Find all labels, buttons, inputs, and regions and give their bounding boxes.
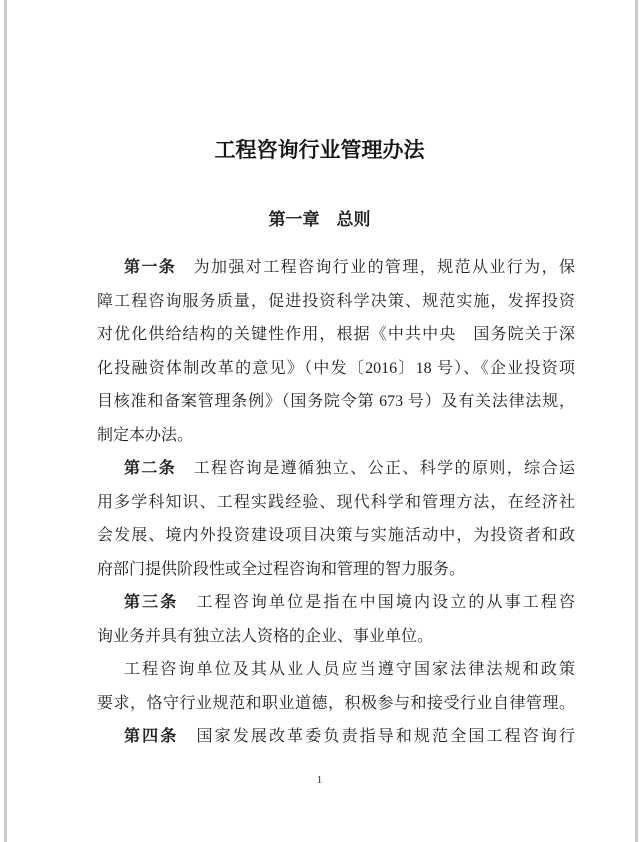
scan-edge-right [635,0,638,842]
line-text: 会发展、境内外投资建设项目决策与实施活动中，为投资者和政 [97,527,575,544]
body-line: 工程咨询单位及其从业人员应当遵守国家法律法规和政策 [97,653,575,687]
article-label: 第二条 [124,460,176,477]
article-label: 第四条 [124,728,178,745]
body-line: 制定本办法。 [97,419,575,453]
line-text: 国家发展改革委负责指导和规范全国工程咨询行 [178,728,575,745]
page-number: 1 [0,774,639,786]
article-label: 第一条 [124,259,176,276]
body-line: 第四条 国家发展改革委负责指导和规范全国工程咨询行 [97,720,575,754]
line-text: 工程咨询单位是指在中国境内设立的从事工程咨 [178,594,575,611]
line-text: 要求，恪守行业规范和职业道德，积极参与和接受行业自律管理。 [97,695,575,712]
article-label: 第三条 [124,594,178,611]
line-text: 为加强对工程咨询行业的管理，规范从业行为，保 [176,259,575,276]
body-line: 化投融资体制改革的意见》（中发〔2016〕18 号）、《企业投资项 [97,352,575,386]
line-text: 工程咨询单位及其从业人员应当遵守国家法律法规和政策 [124,661,575,678]
body-line: 询业务并具有独立法人资格的企业、事业单位。 [97,620,575,654]
line-text: 府部门提供阶段性或全过程咨询和管理的智力服务。 [97,561,465,578]
scan-edge-left [4,0,7,842]
body-line: 目核准和备案管理条例》（国务院令第 673 号）及有关法律法规， [97,385,575,419]
line-text: 目核准和备案管理条例》（国务院令第 673 号）及有关法律法规， [97,393,575,410]
line-text: 工程咨询是遵循独立、公正、科学的原则，综合运 [176,460,575,477]
body-line: 对优化供给结构的关键性作用，根据《中共中央 国务院关于深 [97,318,575,352]
body-line: 会发展、境内外投资建设项目决策与实施活动中，为投资者和政 [97,519,575,553]
line-text: 障工程咨询服务质量，促进投资科学决策、规范实施，发挥投资 [97,293,575,310]
line-text: 制定本办法。 [97,427,193,444]
body-line: 要求，恪守行业规范和职业道德，积极参与和接受行业自律管理。 [97,687,575,721]
document-body: 第一条 为加强对工程咨询行业的管理，规范从业行为，保 障工程咨询服务质量，促进投… [97,251,575,754]
document-title: 工程咨询行业管理办法 [0,134,639,164]
body-line: 第二条 工程咨询是遵循独立、公正、科学的原则，综合运 [97,452,575,486]
line-text: 化投融资体制改革的意见》（中发〔2016〕18 号）、《企业投资项 [97,360,575,377]
line-text: 对优化供给结构的关键性作用，根据《中共中央 国务院关于深 [97,326,575,343]
body-line: 用多学科知识、工程实践经验、现代科学和管理方法，在经济社 [97,486,575,520]
body-line: 第一条 为加强对工程咨询行业的管理，规范从业行为，保 [97,251,575,285]
chapter-heading: 第一章 总则 [0,205,639,230]
body-line: 障工程咨询服务质量，促进投资科学决策、规范实施，发挥投资 [97,285,575,319]
line-text: 用多学科知识、工程实践经验、现代科学和管理方法，在经济社 [97,494,575,511]
line-text: 询业务并具有独立法人资格的企业、事业单位。 [97,628,433,645]
body-line: 第三条 工程咨询单位是指在中国境内设立的从事工程咨 [97,586,575,620]
body-line: 府部门提供阶段性或全过程咨询和管理的智力服务。 [97,553,575,587]
